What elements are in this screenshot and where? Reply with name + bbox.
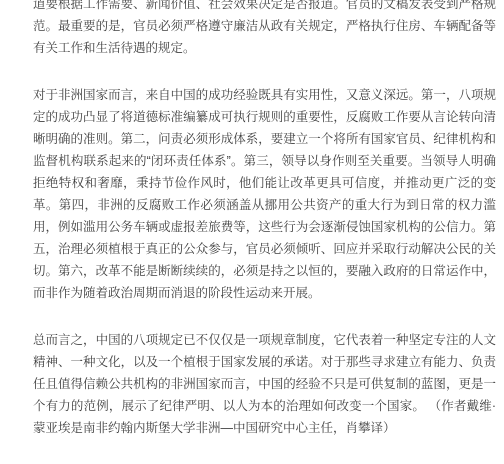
text-line: 监督机构联系起来的“闭环责任体系”。第三，领导以身作则至关重要。当领导人明确: [33, 150, 496, 172]
article: 道要根据工作需要、新闻价值、社会效果决定是否报道。官员的文稿发表受到严格规范。最…: [33, 0, 496, 464]
text-line: 五，治理必须植根于真正的公众参与，官员必须倾听、回应并采取行动解决公民的关: [33, 238, 496, 260]
text-line: 蒙亚埃是南非约翰内斯堡大学非洲—中国研究中心主任，肖攀译）: [33, 417, 496, 439]
paragraph: 总而言之，中国的八项规定已不仅仅是一项规章制度，它代表着一种坚定专注的人文精神、…: [33, 329, 496, 439]
text-line: 切。第六，改革不能是断断续续的，必须是持之以恒的，要融入政府的日常运作中，: [33, 260, 496, 282]
text-line: 晰明确的准则。第二，问责必须形成体系，要建立一个将所有国家官员、纪律机构和: [33, 128, 496, 150]
text-line: 任且值得信赖公共机构的非洲国家而言，中国的经验不只是可供复制的蓝图，更是一: [33, 373, 496, 395]
text-line: 总而言之，中国的八项规定已不仅仅是一项规章制度，它代表着一种坚定专注的人文: [33, 329, 496, 351]
article-page: 道要根据工作需要、新闻价值、社会效果决定是否报道。官员的文稿发表受到严格规范。最…: [0, 0, 504, 464]
text-line: 有关工作和生活待遇的规定。: [33, 37, 496, 59]
text-line: 道要根据工作需要、新闻价值、社会效果决定是否报道。官员的文稿发表受到严格规: [33, 0, 496, 15]
text-line: 定的成功凸显了将道德标准编纂成可执行规则的重要性，反腐败工作要从言论转向清: [33, 106, 496, 128]
text-line: 对于非洲国家而言，来自中国的成功经验既具有实用性，又意义深远。第一，八项规: [33, 84, 496, 106]
paragraph: 道要根据工作需要、新闻价值、社会效果决定是否报道。官员的文稿发表受到严格规范。最…: [33, 0, 496, 59]
paragraph: 对于非洲国家而言，来自中国的成功经验既具有实用性，又意义深远。第一，八项规定的成…: [33, 84, 496, 304]
text-line: 范。最重要的是，官员必须严格遵守廉洁从政有关规定，严格执行住房、车辆配备等: [33, 15, 496, 37]
text-line: 革。第四，非洲的反腐败工作必须涵盖从挪用公共资产的重大行为到日常的权力滥: [33, 194, 496, 216]
text-line: 拒绝特权和奢靡，秉持节俭作风时，他们能让改革更具可信度，并推动更广泛的变: [33, 172, 496, 194]
text-line: 精神、一种文化，以及一个植根于国家发展的承诺。对于那些寻求建立有能力、负责: [33, 351, 496, 373]
text-line: 个有力的范例，展示了纪律严明、以人为本的治理如何改变一个国家。 （作者戴维·: [33, 395, 496, 417]
text-line: 用，例如滥用公务车辆或虚报差旅费等，这些行为会逐渐侵蚀国家机构的公信力。第: [33, 216, 496, 238]
text-line: 而非作为随着政治周期而消退的阶段性运动来开展。: [33, 282, 496, 304]
